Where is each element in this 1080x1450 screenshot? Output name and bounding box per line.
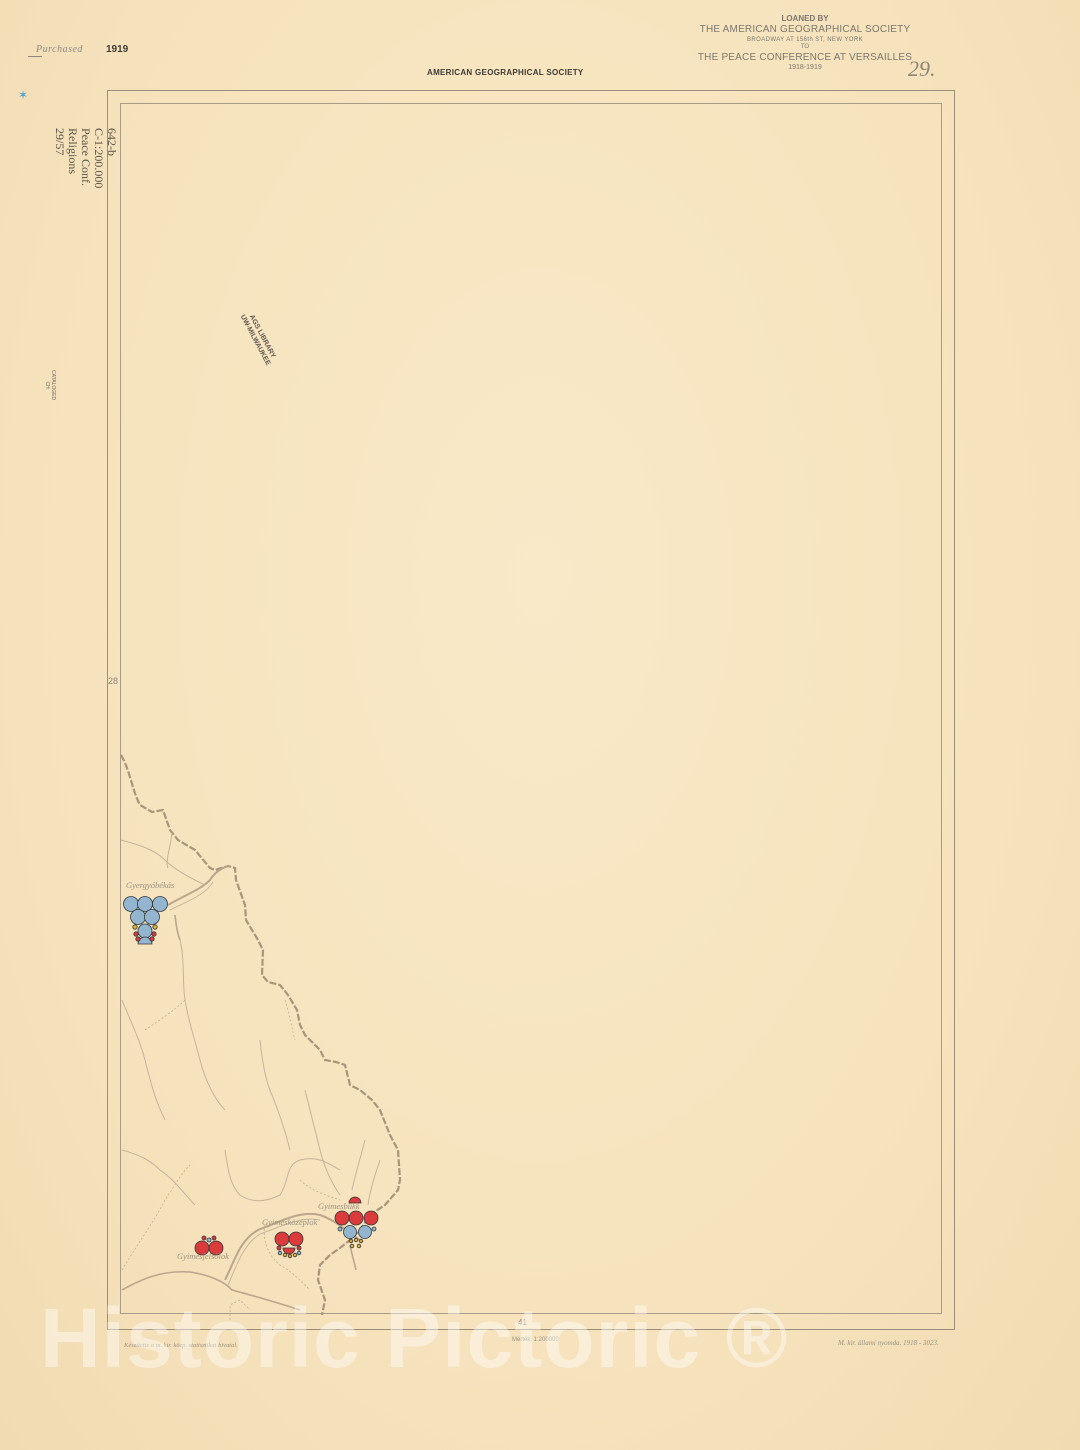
stream	[260, 1040, 290, 1150]
district-boundary	[300, 1180, 340, 1200]
watermark: Historic Pictoric ®	[40, 1290, 788, 1387]
road	[175, 915, 180, 940]
place-label: Gyimesközéplok	[262, 1217, 317, 1227]
stream	[122, 1150, 195, 1205]
stream	[180, 940, 225, 1110]
place-label: Gyergyóbékás	[126, 880, 174, 890]
road	[350, 1245, 356, 1270]
stream	[225, 1150, 340, 1201]
district-boundary	[285, 1000, 295, 1040]
road	[228, 1219, 320, 1285]
religion-symbol-gyimeskozeplok	[275, 1232, 303, 1258]
stream	[305, 1090, 340, 1195]
stream	[122, 1000, 165, 1120]
border-line	[121, 755, 400, 1315]
stream	[368, 1160, 380, 1205]
district-boundary	[145, 1000, 185, 1030]
stream	[352, 1140, 365, 1190]
religion-symbol-gyergyobekas	[124, 897, 168, 945]
stream	[121, 840, 205, 885]
road	[170, 882, 213, 910]
road	[168, 866, 228, 905]
map-linework	[0, 0, 1080, 1450]
place-label: Gyimesbükk	[318, 1201, 360, 1211]
place-label: Gyimesfelsőlok	[177, 1251, 229, 1261]
